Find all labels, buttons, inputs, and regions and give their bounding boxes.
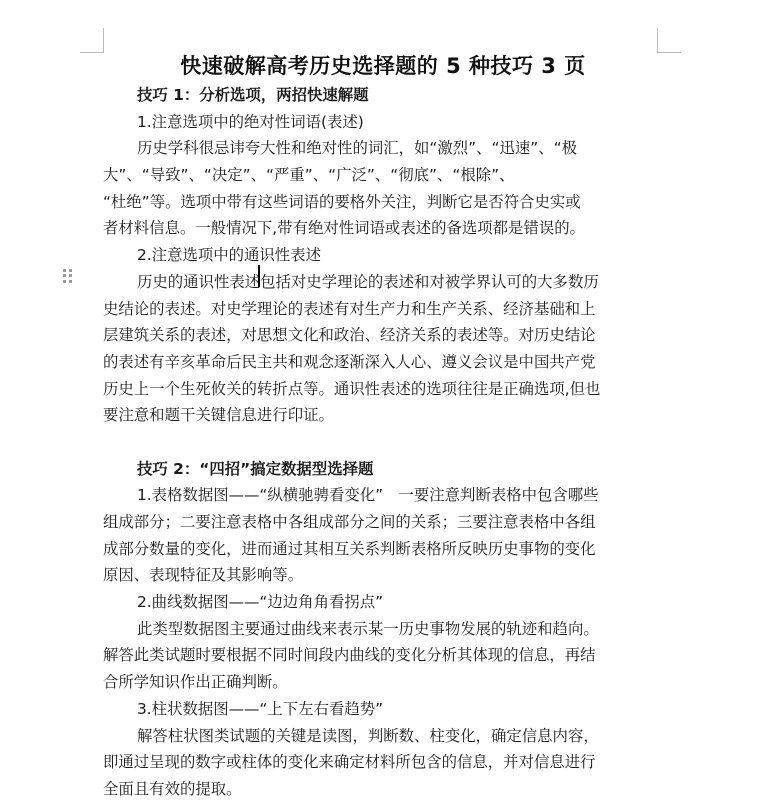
drag-handle-icon[interactable] <box>63 269 73 283</box>
drag-dot <box>63 269 66 272</box>
item-subheading: 3.柱状数据图——“上下左右看趋势” <box>103 696 657 723</box>
paragraph-line: 历史上一个生死攸关的转折点等。通识性表述的选项往往是正确选项,但也 <box>103 376 657 403</box>
paragraph-line: “杜绝”等。选项中带有这些词语的要格外关注，判断它是否符合史实或 <box>103 189 657 216</box>
paragraph-line: 者材料信息。一般情况下,带有绝对性词语或表述的备选项都是错误的。 <box>103 215 657 242</box>
drag-dot <box>63 274 66 277</box>
paragraph-line: 全面且有效的提取。 <box>103 776 657 803</box>
paragraph-line: 大”、“导致”、“决定”、“严重”、“广泛”、“彻底”、“根除”、 <box>103 162 657 189</box>
paragraph-line: 组成部分；二要注意表格中各组成部分之间的关系；三要注意表格中各组 <box>103 509 657 536</box>
blank-line <box>103 429 657 456</box>
paragraph-line: 层建筑关系的表述，对思想文化和政治、经济关系的表述等。对历史结论 <box>103 322 657 349</box>
paragraph-line: 即通过呈现的数字或柱体的变化来确定材料所包含的信息，并对信息进行 <box>103 749 657 776</box>
paragraph-line: 历史学科很忌讳夸大性和绝对性的词汇，如“激烈”、“迅速”、“极 <box>103 135 657 162</box>
section-1: 技巧 1：分析选项，两招快速解题 1.注意选项中的绝对性词语(表述) 历史学科很… <box>103 82 657 429</box>
item-subheading: 1.注意选项中的绝对性词语(表述) <box>103 109 657 136</box>
paragraph-line: 解答柱状图类试题的关键是读图，判断数、柱变化，确定信息内容， <box>103 723 657 750</box>
paragraph-line: 历史的通识性表述包括对史学理论的表述和对被学界认可的大多数历 <box>103 269 657 296</box>
drag-dot <box>63 280 66 283</box>
section-heading: 技巧 2：“四招”搞定数据型选择题 <box>103 456 657 483</box>
paragraph-line: 要注意和题干关键信息进行印证。 <box>103 402 657 429</box>
paragraph-line: 此类型数据图主要通过曲线来表示某一历史事物发展的轨迹和趋向。 <box>103 616 657 643</box>
page-corner-mark-top-right-icon <box>657 28 681 53</box>
text-cursor <box>258 265 260 287</box>
drag-dot <box>69 274 72 277</box>
page-corner-mark-top-left-icon <box>80 28 104 53</box>
paragraph-line: 1.表格数据图——“纵横驰骋看变化” 一要注意判断表格中包含哪些 <box>103 482 657 509</box>
paragraph-line: 原因、表现特征及其影响等。 <box>103 562 657 589</box>
section-heading: 技巧 1：分析选项，两招快速解题 <box>103 82 657 109</box>
item-subheading: 2.注意选项中的通识性表述 <box>103 242 657 269</box>
drag-dot <box>69 280 72 283</box>
section-2: 技巧 2：“四招”搞定数据型选择题 1.表格数据图——“纵横驰骋看变化” 一要注… <box>103 456 657 803</box>
drag-dot <box>69 269 72 272</box>
item-subheading: 2.曲线数据图——“边边角角看拐点” <box>103 589 657 616</box>
paragraph-line: 合所学知识作出正确判断。 <box>103 669 657 696</box>
paragraph-line: 的表述有辛亥革命后民主共和观念逐渐深入人心、遵义会议是中国共产党 <box>103 349 657 376</box>
paragraph-line: 解答此类试题时要根据不同时间段内曲线的变化分析其体现的信息，再结 <box>103 642 657 669</box>
document-page[interactable]: 快速破解高考历史选择题的 5 种技巧 3 页 技巧 1：分析选项，两招快速解题 … <box>103 50 657 803</box>
paragraph-line: 成部分数量的变化，进而通过其相互关系判断表格所反映历史事物的变化 <box>103 536 657 563</box>
document-title: 快速破解高考历史选择题的 5 种技巧 3 页 <box>103 50 657 82</box>
paragraph-line: 史结论的表述。对史学理论的表述有对生产力和生产关系、经济基础和上 <box>103 296 657 323</box>
